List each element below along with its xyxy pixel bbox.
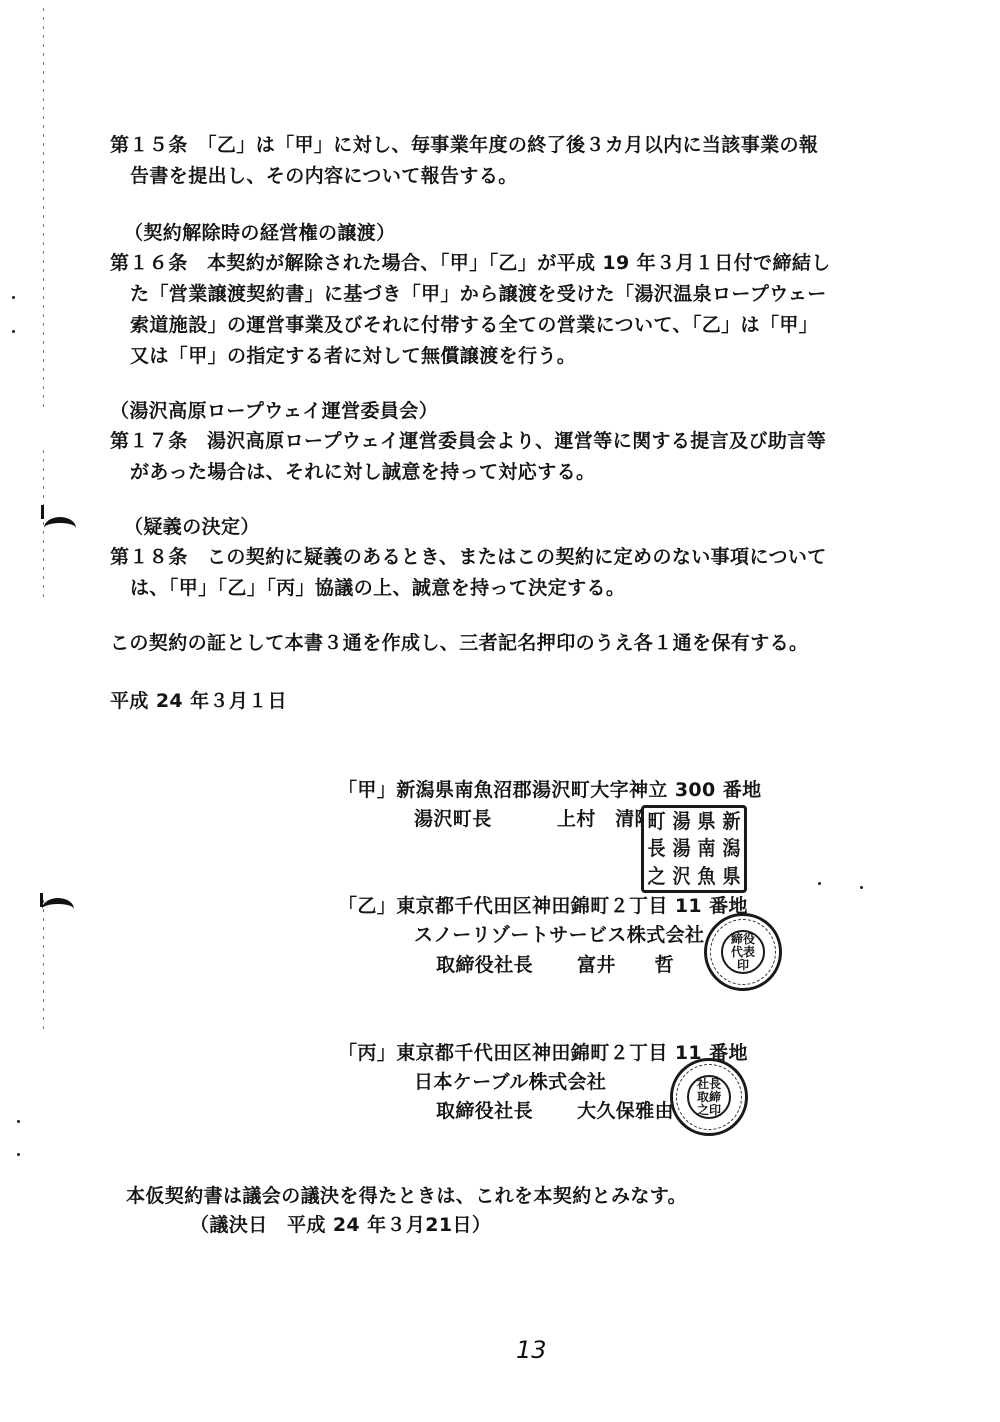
party-c-representative-title: 取締役社長 xyxy=(436,1098,533,1124)
seal-char: 之 xyxy=(645,863,668,890)
seal-char: 新 xyxy=(720,808,743,835)
provisional-contract-note: 本仮契約書は議会の議決を得たときは、これを本契約とみなす。 xyxy=(126,1183,687,1209)
seal-char: 沢 xyxy=(670,863,693,890)
article-16-line-1: 第１６条 本契約が解除された場合、「甲」「乙」が平成 19 年３月１日付で締結し xyxy=(110,250,831,276)
seal-outer-ring xyxy=(710,919,776,985)
contract-date: 平成 24 年３月１日 xyxy=(110,688,287,714)
article-17-line-1: 第１７条 湯沢高原ロープウェイ運営委員会より、運営等に関する提言及び助言等 xyxy=(110,428,826,454)
seal-char: 町 xyxy=(645,808,668,835)
article-16-line-3: 索道施設」の運営事業及びそれに付帯する全ての営業について、「乙」は「甲」 xyxy=(130,312,818,338)
party-b-representative-title: 取締役社長 xyxy=(436,952,533,978)
party-b-representative-name: 富井 哲 xyxy=(577,952,674,978)
party-a-address: 「甲」新潟県南魚沼郡湯沢町大字神立 300 番地 xyxy=(338,777,762,803)
article-16-line-4: 又は「甲」の指定する者に対して無償譲渡を行う。 xyxy=(130,343,576,369)
party-b-address: 「乙」東京都千代田区神田錦町２丁目 11 番地 xyxy=(338,893,748,919)
article-16-line-2: た「営業譲渡契約書」に基づき「甲」から譲渡を受けた「湯沢温泉ロープウェー xyxy=(130,281,827,307)
party-c-representative-name: 大久保雅由 xyxy=(577,1098,674,1124)
scan-speck xyxy=(12,296,15,299)
scan-speck xyxy=(860,886,863,889)
seal-outer-ring xyxy=(676,1064,742,1130)
article-16-heading: （契約解除時の経営権の譲渡） xyxy=(124,220,396,246)
article-18-line-1: 第１８条 この契約に疑義のあるとき、またはこの契約に定めのない事項について xyxy=(110,544,827,570)
party-b-company-seal: 締役 代表 印 xyxy=(704,913,782,991)
scan-speck xyxy=(12,330,15,333)
seal-char: 魚 xyxy=(695,863,718,890)
party-c-organization: 日本ケーブル株式会社 xyxy=(414,1069,606,1095)
scan-speck xyxy=(818,882,821,885)
punch-hole-mark xyxy=(41,505,44,519)
scan-speck xyxy=(17,1153,20,1156)
party-a-official-seal: 町 湯 県 新 長 湯 南 潟 之 沢 魚 県 xyxy=(641,805,747,893)
seal-char: 県 xyxy=(720,863,743,890)
party-c-address: 「丙」東京都千代田区神田錦町２丁目 11 番地 xyxy=(338,1040,748,1066)
document-page: 第１５条 「乙」は「甲」に対し、毎事業年度の終了後３カ月以内に当該事業の報 告書… xyxy=(0,0,1000,1422)
party-a-representative-name: 上村 清隆 xyxy=(557,806,654,832)
article-18-heading: （疑義の決定） xyxy=(124,514,260,540)
party-a-organization: 湯沢町長 xyxy=(414,806,492,832)
closing-statement: この契約の証として本書３通を作成し、三者記名押印のうえ各１通を保有する。 xyxy=(110,630,808,656)
seal-char: 南 xyxy=(695,835,718,862)
party-b-organization: スノーリゾートサービス株式会社 xyxy=(414,922,704,948)
article-15-line-1: 第１５条 「乙」は「甲」に対し、毎事業年度の終了後３カ月以内に当該事業の報 xyxy=(110,132,818,158)
seal-char: 潟 xyxy=(720,835,743,862)
resolution-date: （議決日 平成 24 年３月21日） xyxy=(190,1212,491,1238)
article-17-heading: （湯沢高原ロープウェイ運営委員会） xyxy=(110,398,438,424)
article-17-line-2: があった場合は、それに対し誠意を持って対応する。 xyxy=(130,459,595,485)
binding-perforation-line xyxy=(43,8,44,408)
article-18-line-2: は、「甲」「乙」「丙」協議の上、誠意を持って決定する。 xyxy=(130,575,625,601)
punch-hole-mark xyxy=(40,893,43,907)
article-15-line-2: 告書を提出し、その内容について報告する。 xyxy=(130,163,518,189)
punch-hole-mark xyxy=(44,517,76,539)
punch-hole-mark xyxy=(42,898,74,920)
scan-speck xyxy=(17,1120,20,1123)
seal-char: 長 xyxy=(645,835,668,862)
seal-char: 県 xyxy=(695,808,718,835)
seal-char: 湯 xyxy=(670,835,693,862)
seal-char: 湯 xyxy=(670,808,693,835)
party-c-company-seal: 社長 取締 之印 xyxy=(670,1058,748,1136)
page-number: 13 xyxy=(516,1336,547,1364)
